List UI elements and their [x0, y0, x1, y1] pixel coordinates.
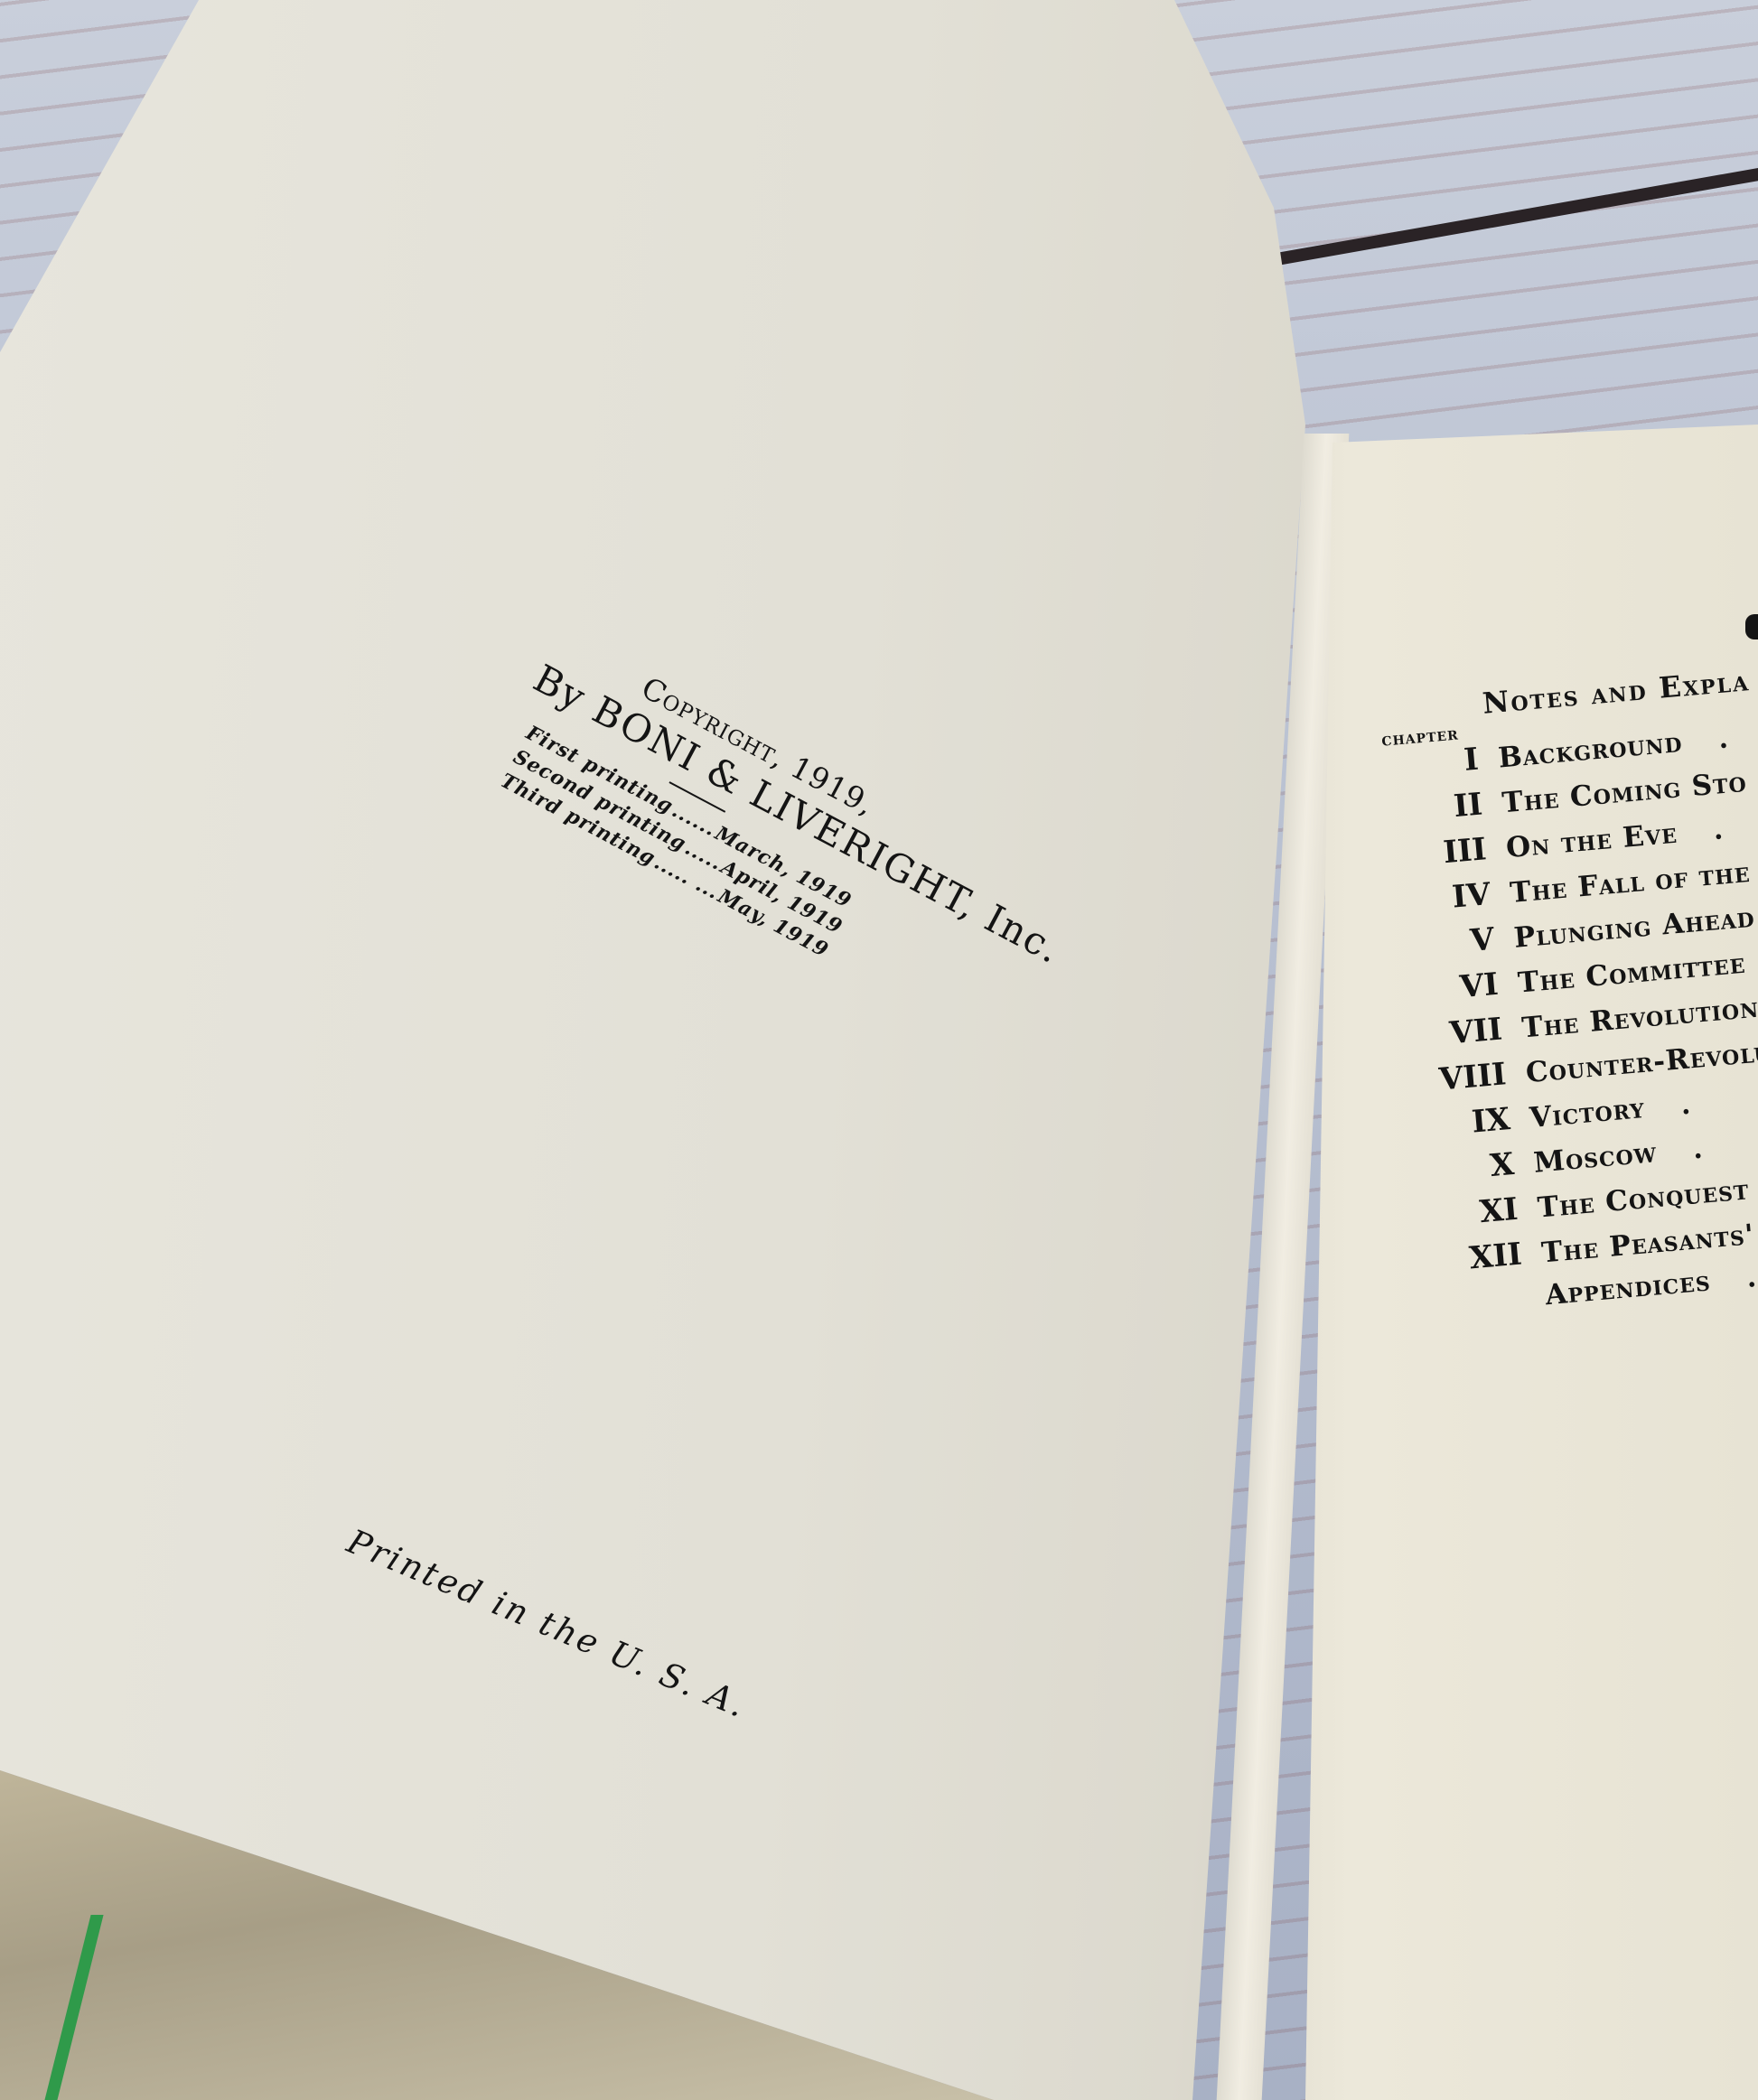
partial-glyph: [1745, 614, 1758, 639]
left-page: [0, 0, 1319, 2100]
table-of-contents: Notes and Expla CHAPTER IBackground. IIT…: [1378, 659, 1758, 1334]
